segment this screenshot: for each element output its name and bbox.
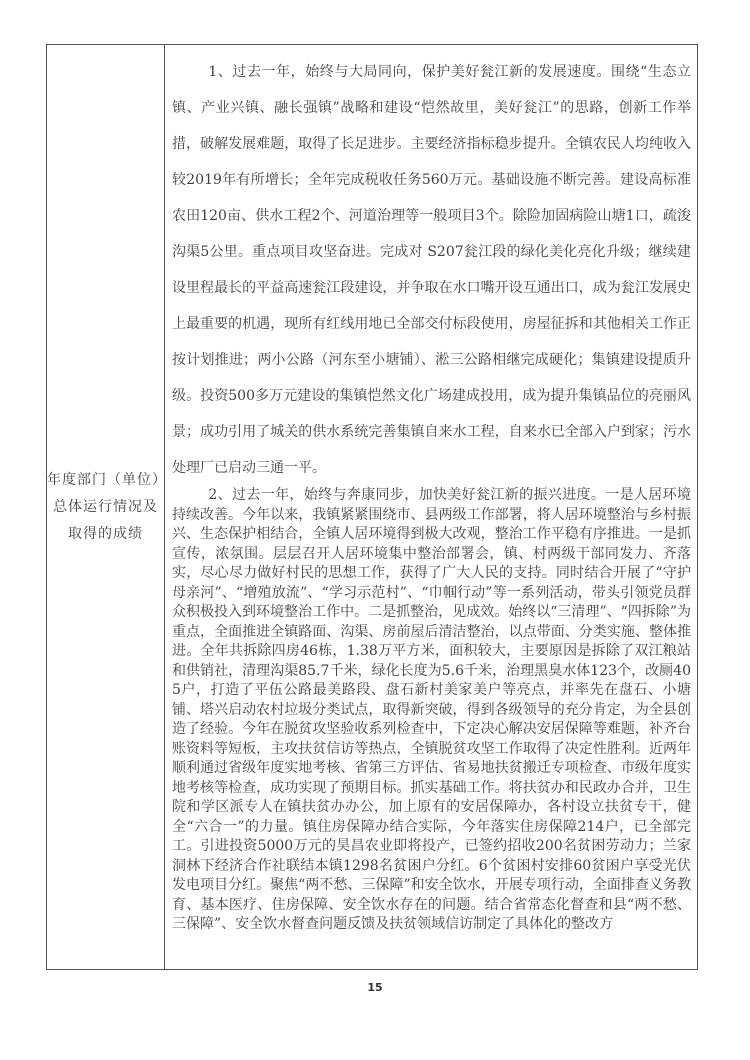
document-page: 年度部门（单位） 总体运行情况及 取得的成绩 1、过去一年，始终与大局同向，保护… (0, 0, 750, 1060)
row-label-line-1: 年度部门（单位） (47, 467, 164, 494)
paragraph-achievements-2: 2、过去一年，始终与奔康同步，加快美好瓮江新的振兴进度。一是人居环境持续改善。今… (172, 486, 691, 935)
content-cell: 1、过去一年，始终与大局同向，保护美好瓮江新的发展速度。围绕“生态立镇、产业兴镇… (165, 45, 697, 969)
row-label-line-3: 取得的成绩 (68, 521, 143, 548)
page-number: 15 (0, 981, 750, 994)
row-label-line-2: 总体运行情况及 (53, 494, 158, 521)
row-label-cell: 年度部门（单位） 总体运行情况及 取得的成绩 (47, 45, 165, 969)
report-table: 年度部门（单位） 总体运行情况及 取得的成绩 1、过去一年，始终与大局同向，保护… (46, 44, 698, 970)
paragraph-achievements-1: 1、过去一年，始终与大局同向，保护美好瓮江新的发展速度。围绕“生态立镇、产业兴镇… (172, 54, 691, 486)
